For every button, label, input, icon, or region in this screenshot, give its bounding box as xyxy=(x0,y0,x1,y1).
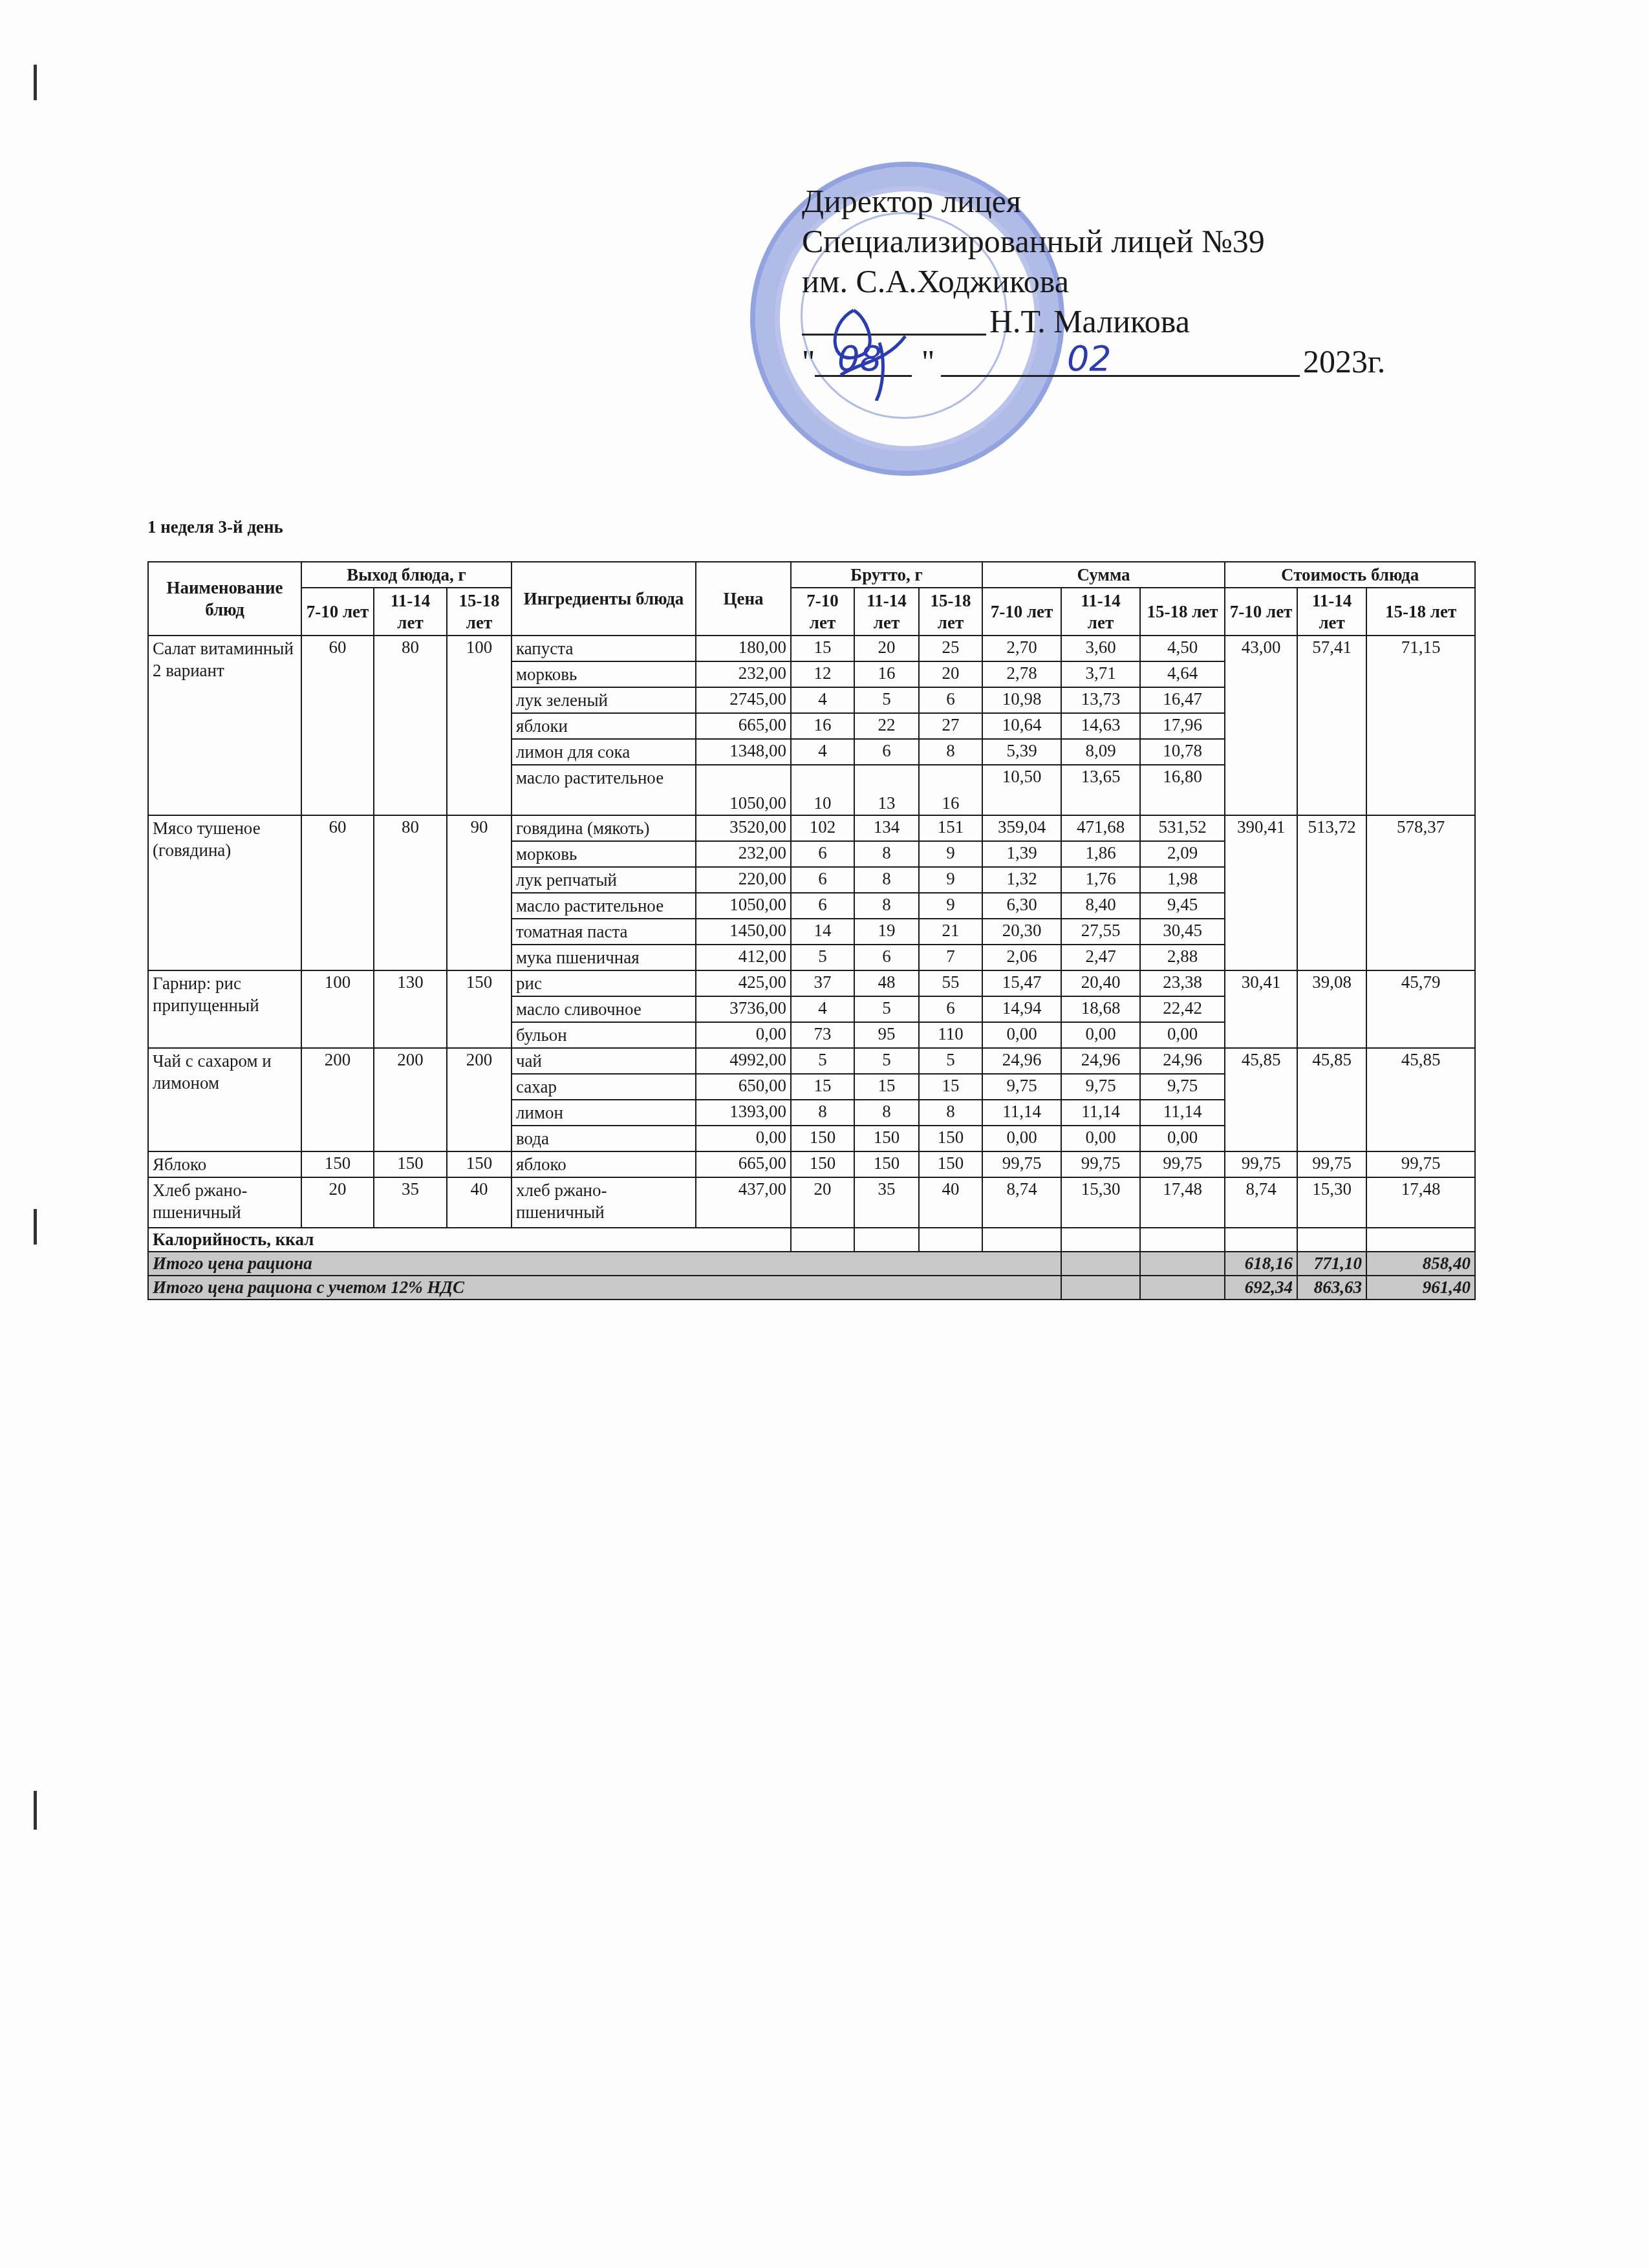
ingredient-brutto: 9 xyxy=(919,893,982,919)
ingredient-sum: 1,86 xyxy=(1061,841,1140,867)
ingredient-sum: 13,65 xyxy=(1061,765,1140,815)
sum-age-11-14: 11-14 лет xyxy=(1061,588,1140,636)
ingredient-name: морковь xyxy=(512,841,696,867)
ingredient-brutto: 15 xyxy=(791,1074,854,1100)
dish-cost: 39,08 xyxy=(1297,970,1366,1048)
ingredient-name: яблоки xyxy=(512,713,696,739)
dish-cost: 99,75 xyxy=(1366,1151,1475,1177)
ingredient-brutto: 102 xyxy=(791,815,854,841)
ingredient-name: лимон xyxy=(512,1100,696,1126)
ingredient-sum: 9,75 xyxy=(1140,1074,1225,1100)
scan-mark xyxy=(34,1791,37,1830)
ingredient-brutto: 25 xyxy=(919,636,982,661)
ingredient-brutto: 15 xyxy=(919,1074,982,1100)
ingredient-price: 1050,00 xyxy=(696,893,791,919)
ingredient-price: 232,00 xyxy=(696,841,791,867)
sum-age-15-18: 15-18 лет xyxy=(1140,588,1225,636)
dish-name: Салат витаминный 2 вариант xyxy=(148,636,301,815)
ingredient-price: 1348,00 xyxy=(696,739,791,765)
dish-yield: 150 xyxy=(374,1151,447,1177)
dish-yield: 100 xyxy=(447,636,512,815)
ingredient-brutto: 6 xyxy=(791,867,854,893)
ingredient-brutto: 6 xyxy=(919,687,982,713)
ingredient-sum: 4,50 xyxy=(1140,636,1225,661)
cost-age-15-18: 15-18 лет xyxy=(1366,588,1475,636)
dish-yield: 150 xyxy=(447,1151,512,1177)
ingredient-sum: 10,50 xyxy=(982,765,1061,815)
ingredient-sum: 17,48 xyxy=(1140,1177,1225,1228)
ingredient-sum: 13,73 xyxy=(1061,687,1140,713)
ingredient-name: хлеб ржано-пшеничный xyxy=(512,1177,696,1228)
ingredient-price: 650,00 xyxy=(696,1074,791,1100)
empty-cell xyxy=(1366,1228,1475,1252)
empty-cell xyxy=(919,1228,982,1252)
ingredient-sum: 24,96 xyxy=(982,1048,1061,1074)
ingredient-brutto: 37 xyxy=(791,970,854,996)
ingredient-brutto: 10 xyxy=(791,765,854,815)
ingredient-sum: 3,71 xyxy=(1061,661,1140,687)
ingredient-brutto: 16 xyxy=(854,661,919,687)
ingredient-sum: 2,09 xyxy=(1140,841,1225,867)
col-dish-cost: Стоимость блюда xyxy=(1225,562,1475,588)
ingredient-brutto: 8 xyxy=(854,841,919,867)
dish-cost: 30,41 xyxy=(1225,970,1297,1048)
brutto-age-15-18: 15-18 лет xyxy=(919,588,982,636)
dish-yield: 200 xyxy=(301,1048,374,1151)
date-day: 08 xyxy=(837,339,882,379)
ingredient-name: яблоко xyxy=(512,1151,696,1177)
scan-mark xyxy=(34,1209,37,1245)
table-row: Яблоко150150150яблоко665,0015015015099,7… xyxy=(148,1151,1475,1177)
approval-named-after: им. С.А.Ходжикова xyxy=(802,261,1265,301)
ingredient-price: 1050,00 xyxy=(696,765,791,815)
ingredient-sum: 2,88 xyxy=(1140,945,1225,970)
empty-cell xyxy=(1061,1252,1140,1276)
dish-yield: 130 xyxy=(374,970,447,1048)
dish-cost: 390,41 xyxy=(1225,815,1297,970)
dish-yield: 200 xyxy=(374,1048,447,1151)
ingredient-price: 412,00 xyxy=(696,945,791,970)
ingredient-brutto: 8 xyxy=(854,893,919,919)
dish-cost: 45,85 xyxy=(1225,1048,1297,1151)
ingredient-brutto: 21 xyxy=(919,919,982,945)
dish-yield: 90 xyxy=(447,815,512,970)
ingredient-sum: 1,32 xyxy=(982,867,1061,893)
ingredient-name: масло растительное xyxy=(512,893,696,919)
ingredient-brutto: 150 xyxy=(791,1151,854,1177)
total-7-10: 618,16 xyxy=(1225,1252,1297,1276)
ingredient-price: 4992,00 xyxy=(696,1048,791,1074)
dish-cost: 17,48 xyxy=(1366,1177,1475,1228)
ingredient-brutto: 12 xyxy=(791,661,854,687)
ingredient-name: чай xyxy=(512,1048,696,1074)
ingredient-sum: 0,00 xyxy=(982,1022,1061,1048)
ingredient-sum: 11,14 xyxy=(982,1100,1061,1126)
dish-yield: 200 xyxy=(447,1048,512,1151)
ingredient-name: лук репчатый xyxy=(512,867,696,893)
ingredient-brutto: 5 xyxy=(791,945,854,970)
dish-yield: 80 xyxy=(374,815,447,970)
dish-cost: 15,30 xyxy=(1297,1177,1366,1228)
ingredient-sum: 10,78 xyxy=(1140,739,1225,765)
header-row-2: 7-10 лет 11-14 лет 15-18 лет 7-10 лет 11… xyxy=(148,588,1475,636)
ingredient-brutto: 5 xyxy=(791,1048,854,1074)
ingredient-brutto: 5 xyxy=(854,1048,919,1074)
ingredient-name: мука пшеничная xyxy=(512,945,696,970)
approval-signer: Н.Т. Маликова xyxy=(989,303,1190,339)
ingredient-price: 3736,00 xyxy=(696,996,791,1022)
ingredient-price: 220,00 xyxy=(696,867,791,893)
ingredient-brutto: 27 xyxy=(919,713,982,739)
ingredient-brutto: 150 xyxy=(919,1151,982,1177)
approval-institution: Специализированный лицей №39 xyxy=(802,221,1265,261)
ingredient-sum: 0,00 xyxy=(1140,1022,1225,1048)
ingredient-sum: 10,64 xyxy=(982,713,1061,739)
ingredient-brutto: 4 xyxy=(791,996,854,1022)
ingredient-brutto: 55 xyxy=(919,970,982,996)
ingredient-sum: 4,64 xyxy=(1140,661,1225,687)
ingredient-brutto: 151 xyxy=(919,815,982,841)
ingredient-sum: 22,42 xyxy=(1140,996,1225,1022)
ingredient-sum: 8,74 xyxy=(982,1177,1061,1228)
dish-cost: 99,75 xyxy=(1297,1151,1366,1177)
ingredient-price: 180,00 xyxy=(696,636,791,661)
ingredient-sum: 2,70 xyxy=(982,636,1061,661)
dish-cost: 45,79 xyxy=(1366,970,1475,1048)
signature-line xyxy=(802,334,986,336)
ingredient-brutto: 19 xyxy=(854,919,919,945)
empty-cell xyxy=(1225,1228,1297,1252)
ingredient-brutto: 8 xyxy=(791,1100,854,1126)
ingredient-brutto: 15 xyxy=(854,1074,919,1100)
ingredient-sum: 16,80 xyxy=(1140,765,1225,815)
ingredient-brutto: 73 xyxy=(791,1022,854,1048)
empty-cell xyxy=(982,1228,1061,1252)
ingredient-brutto: 8 xyxy=(854,1100,919,1126)
table-row: Чай с сахаром и лимоном200200200чай4992,… xyxy=(148,1048,1475,1074)
table-row: Мясо тушеное (говядина)608090говядина (м… xyxy=(148,815,1475,841)
ingredient-sum: 14,94 xyxy=(982,996,1061,1022)
ingredient-brutto: 16 xyxy=(919,765,982,815)
ingredient-brutto: 16 xyxy=(791,713,854,739)
brutto-age-11-14: 11-14 лет xyxy=(854,588,919,636)
ingredient-sum: 15,30 xyxy=(1061,1177,1140,1228)
ingredient-sum: 14,63 xyxy=(1061,713,1140,739)
ingredient-sum: 3,60 xyxy=(1061,636,1140,661)
ingredient-brutto: 6 xyxy=(791,841,854,867)
yield-age-15-18: 15-18 лет xyxy=(447,588,512,636)
ingredient-sum: 16,47 xyxy=(1140,687,1225,713)
ingredient-sum: 24,96 xyxy=(1140,1048,1225,1074)
col-dish-name: Наименование блюд xyxy=(148,562,301,636)
ingredient-brutto: 134 xyxy=(854,815,919,841)
date-open-quote: " xyxy=(802,341,815,381)
approval-title: Директор лицея xyxy=(802,181,1265,221)
dish-yield: 35 xyxy=(374,1177,447,1228)
ingredient-brutto: 6 xyxy=(854,945,919,970)
total-vat-row: Итого цена рациона с учетом 12% НДС 692,… xyxy=(148,1276,1475,1300)
dish-yield: 150 xyxy=(301,1151,374,1177)
calories-row: Калорийность, ккал xyxy=(148,1228,1475,1252)
empty-cell xyxy=(1140,1228,1225,1252)
col-brutto: Брутто, г xyxy=(791,562,982,588)
approval-block: Директор лицея Специализированный лицей … xyxy=(802,181,1265,381)
total-vat-label: Итого цена рациона с учетом 12% НДС xyxy=(148,1276,1061,1300)
ingredient-brutto: 9 xyxy=(919,867,982,893)
sum-age-7-10: 7-10 лет xyxy=(982,588,1061,636)
ingredient-name: сахар xyxy=(512,1074,696,1100)
empty-cell xyxy=(1061,1228,1140,1252)
ingredient-sum: 6,30 xyxy=(982,893,1061,919)
ingredient-sum: 0,00 xyxy=(1140,1126,1225,1151)
ingredient-price: 1450,00 xyxy=(696,919,791,945)
ingredient-sum: 20,40 xyxy=(1061,970,1140,996)
approval-date-row: " 08 " 02 2023г. xyxy=(802,341,1265,381)
ingredient-price: 1393,00 xyxy=(696,1100,791,1126)
ingredient-price: 232,00 xyxy=(696,661,791,687)
ingredient-sum: 18,68 xyxy=(1061,996,1140,1022)
dish-name: Хлеб ржано-пшеничный xyxy=(148,1177,301,1228)
ingredient-name: рис xyxy=(512,970,696,996)
ingredient-brutto: 110 xyxy=(919,1022,982,1048)
ingredient-brutto: 9 xyxy=(919,841,982,867)
ingredient-brutto: 4 xyxy=(791,687,854,713)
ingredient-brutto: 14 xyxy=(791,919,854,945)
ingredient-sum: 359,04 xyxy=(982,815,1061,841)
ingredient-sum: 27,55 xyxy=(1061,919,1140,945)
empty-cell xyxy=(1140,1276,1225,1300)
ingredient-sum: 2,06 xyxy=(982,945,1061,970)
ingredient-sum: 11,14 xyxy=(1140,1100,1225,1126)
dish-cost: 8,74 xyxy=(1225,1177,1297,1228)
ingredient-price: 425,00 xyxy=(696,970,791,996)
ingredient-sum: 5,39 xyxy=(982,739,1061,765)
ingredient-sum: 2,47 xyxy=(1061,945,1140,970)
total-label: Итого цена рациона xyxy=(148,1252,1061,1276)
date-month-line xyxy=(941,375,1300,377)
ingredient-sum: 0,00 xyxy=(1061,1022,1140,1048)
col-ingredients: Ингредиенты блюда xyxy=(512,562,696,636)
cost-age-7-10: 7-10 лет xyxy=(1225,588,1297,636)
ingredient-sum: 9,45 xyxy=(1140,893,1225,919)
ingredient-sum: 531,52 xyxy=(1140,815,1225,841)
date-day-line xyxy=(815,375,912,377)
yield-age-11-14: 11-14 лет xyxy=(374,588,447,636)
total-vat-7-10: 692,34 xyxy=(1225,1276,1297,1300)
col-price: Цена xyxy=(696,562,791,636)
ingredient-name: бульон xyxy=(512,1022,696,1048)
ingredient-sum: 8,09 xyxy=(1061,739,1140,765)
ingredient-brutto: 4 xyxy=(791,739,854,765)
ingredient-name: масло растительное xyxy=(512,765,696,815)
menu-table-body: Салат витаминный 2 вариант6080100капуста… xyxy=(148,636,1475,1228)
ingredient-brutto: 150 xyxy=(791,1126,854,1151)
week-day-title: 1 неделя 3-й день xyxy=(147,517,283,537)
ingredient-brutto: 20 xyxy=(919,661,982,687)
ingredient-brutto: 95 xyxy=(854,1022,919,1048)
empty-cell xyxy=(1140,1252,1225,1276)
ingredient-brutto: 150 xyxy=(854,1151,919,1177)
dish-cost: 513,72 xyxy=(1297,815,1366,970)
ingredient-sum: 0,00 xyxy=(1061,1126,1140,1151)
ingredient-name: лук зеленый xyxy=(512,687,696,713)
ingredient-brutto: 150 xyxy=(854,1126,919,1151)
ingredient-brutto: 13 xyxy=(854,765,919,815)
ingredient-sum: 9,75 xyxy=(1061,1074,1140,1100)
total-11-14: 771,10 xyxy=(1297,1252,1366,1276)
ingredient-price: 0,00 xyxy=(696,1126,791,1151)
ingredient-sum: 9,75 xyxy=(982,1074,1061,1100)
empty-cell xyxy=(854,1228,919,1252)
ingredient-brutto: 20 xyxy=(791,1177,854,1228)
ingredient-sum: 471,68 xyxy=(1061,815,1140,841)
ingredient-sum: 1,76 xyxy=(1061,867,1140,893)
total-vat-11-14: 863,63 xyxy=(1297,1276,1366,1300)
ingredient-name: вода xyxy=(512,1126,696,1151)
ingredient-sum: 15,47 xyxy=(982,970,1061,996)
ingredient-sum: 17,96 xyxy=(1140,713,1225,739)
empty-cell xyxy=(791,1228,854,1252)
dish-name: Мясо тушеное (говядина) xyxy=(148,815,301,970)
ingredient-name: говядина (мякоть) xyxy=(512,815,696,841)
menu-table: Наименование блюд Выход блюда, г Ингреди… xyxy=(147,561,1476,1300)
dish-yield: 20 xyxy=(301,1177,374,1228)
dish-cost: 57,41 xyxy=(1297,636,1366,815)
ingredient-brutto: 48 xyxy=(854,970,919,996)
ingredient-brutto: 8 xyxy=(854,867,919,893)
yield-age-7-10: 7-10 лет xyxy=(301,588,374,636)
dish-cost: 45,85 xyxy=(1366,1048,1475,1151)
ingredient-sum: 30,45 xyxy=(1140,919,1225,945)
ingredient-price: 3520,00 xyxy=(696,815,791,841)
dish-name: Яблоко xyxy=(148,1151,301,1177)
ingredient-brutto: 8 xyxy=(919,1100,982,1126)
ingredient-brutto: 6 xyxy=(791,893,854,919)
table-row: Хлеб ржано-пшеничный203540хлеб ржано-пше… xyxy=(148,1177,1475,1228)
dish-cost: 99,75 xyxy=(1225,1151,1297,1177)
ingredient-sum: 20,30 xyxy=(982,919,1061,945)
header-row-1: Наименование блюд Выход блюда, г Ингреди… xyxy=(148,562,1475,588)
dish-yield: 150 xyxy=(447,970,512,1048)
dish-cost: 43,00 xyxy=(1225,636,1297,815)
ingredient-sum: 99,75 xyxy=(982,1151,1061,1177)
ingredient-brutto: 15 xyxy=(791,636,854,661)
ingredient-brutto: 40 xyxy=(919,1177,982,1228)
ingredient-brutto: 35 xyxy=(854,1177,919,1228)
dish-yield: 40 xyxy=(447,1177,512,1228)
ingredient-sum: 10,98 xyxy=(982,687,1061,713)
ingredient-name: томатная паста xyxy=(512,919,696,945)
table-row: Гарнир: рис припущенный100130150рис425,0… xyxy=(148,970,1475,996)
ingredient-name: лимон для сока xyxy=(512,739,696,765)
ingredient-brutto: 8 xyxy=(919,739,982,765)
col-sum: Сумма xyxy=(982,562,1225,588)
dish-cost: 45,85 xyxy=(1297,1048,1366,1151)
date-close-quote: " xyxy=(921,341,934,381)
dish-yield: 80 xyxy=(374,636,447,815)
ingredient-brutto: 150 xyxy=(919,1126,982,1151)
ingredient-price: 2745,00 xyxy=(696,687,791,713)
table-row: Салат витаминный 2 вариант6080100капуста… xyxy=(148,636,1475,661)
col-yield: Выход блюда, г xyxy=(301,562,512,588)
ingredient-brutto: 5 xyxy=(919,1048,982,1074)
dish-yield: 60 xyxy=(301,636,374,815)
ingredient-sum: 2,78 xyxy=(982,661,1061,687)
ingredient-sum: 23,38 xyxy=(1140,970,1225,996)
dish-cost: 578,37 xyxy=(1366,815,1475,970)
total-row: Итого цена рациона 618,16 771,10 858,40 xyxy=(148,1252,1475,1276)
dish-yield: 60 xyxy=(301,815,374,970)
ingredient-brutto: 6 xyxy=(854,739,919,765)
ingredient-sum: 1,39 xyxy=(982,841,1061,867)
dish-name: Чай с сахаром и лимоном xyxy=(148,1048,301,1151)
empty-cell xyxy=(1297,1228,1366,1252)
cost-age-11-14: 11-14 лет xyxy=(1297,588,1366,636)
dish-name: Гарнир: рис припущенный xyxy=(148,970,301,1048)
ingredient-price: 437,00 xyxy=(696,1177,791,1228)
ingredient-sum: 99,75 xyxy=(1061,1151,1140,1177)
ingredient-brutto: 5 xyxy=(854,996,919,1022)
calories-label: Калорийность, ккал xyxy=(148,1228,791,1252)
ingredient-price: 0,00 xyxy=(696,1022,791,1048)
total-vat-15-18: 961,40 xyxy=(1366,1276,1475,1300)
ingredient-brutto: 5 xyxy=(854,687,919,713)
dish-cost: 71,15 xyxy=(1366,636,1475,815)
date-month: 02 xyxy=(1067,339,1112,379)
ingredient-name: капуста xyxy=(512,636,696,661)
ingredient-sum: 0,00 xyxy=(982,1126,1061,1151)
ingredient-name: масло сливочное xyxy=(512,996,696,1022)
ingredient-sum: 8,40 xyxy=(1061,893,1140,919)
ingredient-price: 665,00 xyxy=(696,1151,791,1177)
approval-signer-row: Н.Т. Маликова xyxy=(802,301,1265,341)
brutto-age-7-10: 7-10 лет xyxy=(791,588,854,636)
date-year: 2023г. xyxy=(1303,341,1385,381)
ingredient-sum: 99,75 xyxy=(1140,1151,1225,1177)
ingredient-brutto: 20 xyxy=(854,636,919,661)
ingredient-sum: 24,96 xyxy=(1061,1048,1140,1074)
ingredient-price: 665,00 xyxy=(696,713,791,739)
total-15-18: 858,40 xyxy=(1366,1252,1475,1276)
ingredient-sum: 1,98 xyxy=(1140,867,1225,893)
scan-mark xyxy=(34,65,37,100)
ingredient-brutto: 6 xyxy=(919,996,982,1022)
ingredient-sum: 11,14 xyxy=(1061,1100,1140,1126)
dish-yield: 100 xyxy=(301,970,374,1048)
ingredient-brutto: 7 xyxy=(919,945,982,970)
ingredient-brutto: 22 xyxy=(854,713,919,739)
empty-cell xyxy=(1061,1276,1140,1300)
ingredient-name: морковь xyxy=(512,661,696,687)
